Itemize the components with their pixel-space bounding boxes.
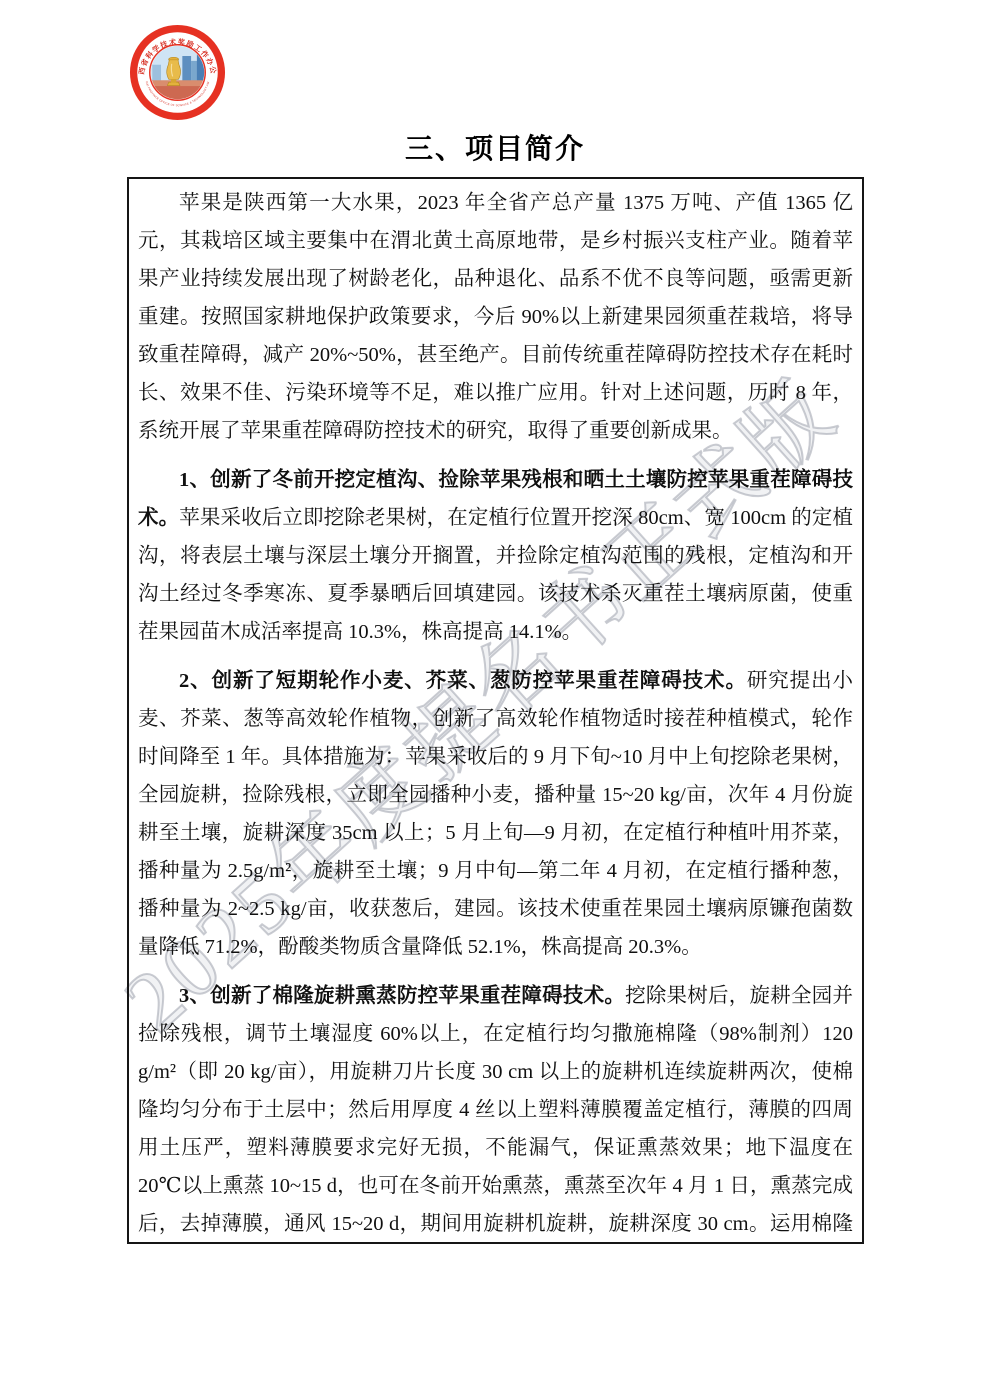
org-seal-logo: 陕西省科学技术奖励工作办公室 SHAANXI PROVINCE OFFICE O…	[129, 24, 226, 121]
paragraph: 3、创新了棉隆旋耕熏蒸防控苹果重茬障碍技术。挖除果树后，旋耕全园并捡除残根，调节…	[138, 977, 853, 1244]
paragraph: 1、创新了冬前开挖定植沟、捡除苹果残根和晒土土壤防控苹果重茬障碍技术。苹果采收后…	[138, 461, 853, 651]
paragraph: 2、创新了短期轮作小麦、芥菜、葱防控苹果重茬障碍技术。研究提出小麦、芥菜、葱等高…	[138, 662, 853, 966]
page-title: 三、项目简介	[0, 127, 990, 167]
paragraph-text: 研究提出小麦、芥菜、葱等高效轮作植物，创新了高效轮作植物适时接茬种植模式，轮作时…	[138, 670, 853, 958]
project-intro-box: 苹果是陕西第一大水果，2023 年全省产总产量 1375 万吨、产值 1365 …	[127, 177, 864, 1244]
paragraph-lead: 3、创新了棉隆旋耕熏蒸防控苹果重茬障碍技术。	[179, 985, 625, 1007]
paragraph: 苹果是陕西第一大水果，2023 年全省产总产量 1375 万吨、产值 1365 …	[138, 184, 853, 450]
paragraph-text: 苹果采收后立即挖除老果树，在定植行位置开挖深 80cm、宽 100cm 的定植沟…	[138, 507, 853, 643]
paragraph-text: 挖除果树后，旋耕全园并捡除残根，调节土壤湿度 60%以上，在定植行均匀撒施棉隆（…	[138, 985, 853, 1244]
document-page: 陕西省科学技术奖励工作办公室 SHAANXI PROVINCE OFFICE O…	[0, 0, 990, 1399]
paragraph-text: 苹果是陕西第一大水果，2023 年全省产总产量 1375 万吨、产值 1365 …	[138, 192, 853, 442]
paragraph-lead: 2、创新了短期轮作小麦、芥菜、葱防控苹果重茬障碍技术。	[179, 670, 747, 692]
